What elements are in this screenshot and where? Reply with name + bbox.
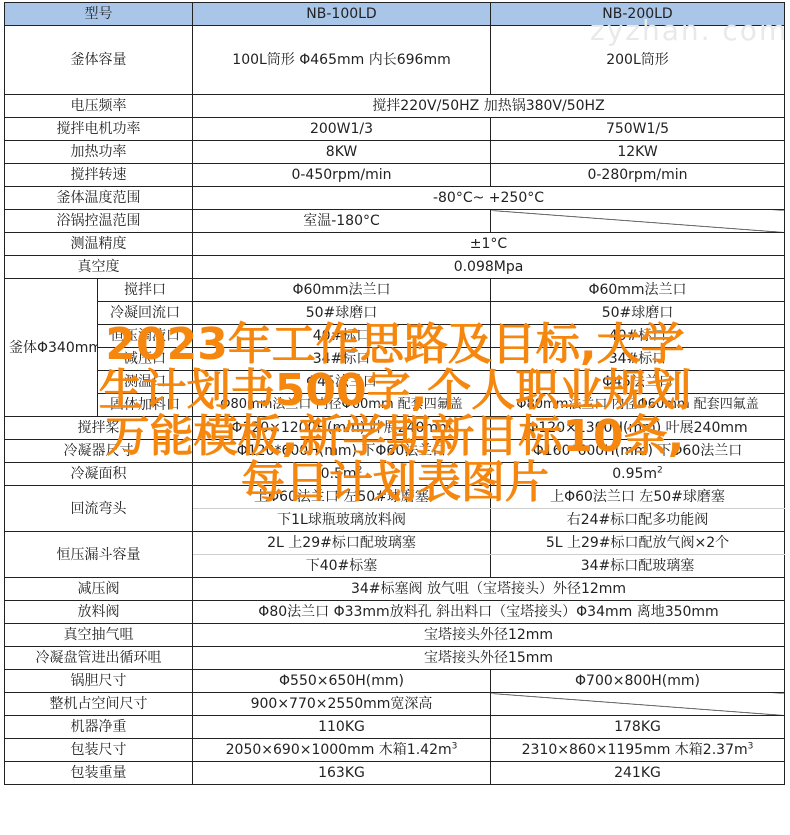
cell-value: Φ120×1300H(mm) 叶展240mm bbox=[491, 417, 785, 440]
row-label: 回流弯头 bbox=[5, 486, 193, 532]
spec-sheet: 型号 NB-100LD NB-200LD 釜体容量 100L筒形 Φ465mm … bbox=[4, 2, 784, 785]
table-row: 真空抽气咀 宝塔接头外径12mm bbox=[5, 624, 785, 647]
cell-value: 0.098Mpa bbox=[193, 256, 785, 279]
superscript: 3 bbox=[748, 741, 754, 751]
cell-value: 12KW bbox=[491, 141, 785, 164]
superscript: 2 bbox=[357, 465, 363, 475]
cell-value: 163KG bbox=[193, 762, 491, 785]
row-label: 釜体温度范围 bbox=[5, 187, 193, 210]
table-row: 机器净重 110KG 178KG bbox=[5, 716, 785, 739]
row-label: 搅拌转速 bbox=[5, 164, 193, 187]
cell-value: 宝塔接头外径12mm bbox=[193, 624, 785, 647]
cell-value: 200L筒形 bbox=[491, 26, 785, 95]
cell-value: 34#标口 bbox=[491, 348, 785, 371]
row-label: 固体加料口 bbox=[98, 394, 193, 417]
cell-value: 上Φ60法兰口 左50#球磨塞 bbox=[193, 486, 491, 509]
cell-value: 室温-180°C bbox=[193, 210, 491, 233]
row-label: 搅拌桨 bbox=[5, 417, 193, 440]
cell-value: 0-280rpm/min bbox=[491, 164, 785, 187]
cell-value: 200W1/3 bbox=[193, 118, 491, 141]
not-applicable-cell bbox=[491, 693, 785, 716]
row-label: 减压口 bbox=[98, 348, 193, 371]
table-row: 真空度 0.098Mpa bbox=[5, 256, 785, 279]
table-row: 搅拌桨 Φ120×1200H(mm) 叶展240mm Φ120×1300H(mm… bbox=[5, 417, 785, 440]
value-text: 2310×860×1195mm 木箱2.37m bbox=[522, 742, 748, 758]
cell-value: Φ700×800H(mm) bbox=[491, 670, 785, 693]
row-label: 恒压滴液口 bbox=[98, 325, 193, 348]
cell-value: 5L 上29#标口配放气阀×2个 bbox=[491, 532, 785, 555]
table-row: 浴锅控温范围 室温-180°C bbox=[5, 210, 785, 233]
row-label: 浴锅控温范围 bbox=[5, 210, 193, 233]
cell-value: 100L筒形 Φ465mm 内长696mm bbox=[193, 26, 491, 95]
cell-value: Φ80mm法兰口 内径Φ60mm 配套四氟盖 bbox=[491, 394, 785, 417]
spec-table: 型号 NB-100LD NB-200LD 釜体容量 100L筒形 Φ465mm … bbox=[4, 2, 785, 785]
table-row: 冷凝面积 0.5m2 0.95m2 bbox=[5, 463, 785, 486]
table-row: 固体加料口 Φ80mm法兰口 内径Φ60mm 配套四氟盖 Φ80mm法兰口 内径… bbox=[5, 394, 785, 417]
row-label: 冷凝盘管进出循环咀 bbox=[5, 647, 193, 670]
row-label: 锅胆尺寸 bbox=[5, 670, 193, 693]
table-row: 恒压漏斗容量 2L 上29#标口配玻璃塞 5L 上29#标口配放气阀×2个 bbox=[5, 532, 785, 555]
cell-value: Φ160*600H(mm) 下Φ60法兰口 bbox=[491, 440, 785, 463]
table-row: 测温口 Φ45法兰口 Φ45法兰口 bbox=[5, 371, 785, 394]
cell-value: 2310×860×1195mm 木箱2.37m3 bbox=[491, 739, 785, 762]
cell-value: 178KG bbox=[491, 716, 785, 739]
row-label: 冷凝器尺寸 bbox=[5, 440, 193, 463]
row-label: 冷凝回流口 bbox=[98, 302, 193, 325]
row-label: 搅拌口 bbox=[98, 279, 193, 302]
table-row: 回流弯头 上Φ60法兰口 左50#球磨塞 上Φ60法兰口 左50#球磨塞 bbox=[5, 486, 785, 509]
cell-value: 50#球磨口 bbox=[193, 302, 491, 325]
cell-value: 40#标口 bbox=[491, 325, 785, 348]
row-label: 釜体容量 bbox=[5, 26, 193, 95]
value-text: 2050×690×1000mm 木箱1.42m bbox=[226, 742, 452, 758]
cell-value: 34#标口 bbox=[193, 348, 491, 371]
table-row: 冷凝回流口 50#球磨口 50#球磨口 bbox=[5, 302, 785, 325]
cell-value: 右24#标口配多功能阀 bbox=[491, 509, 785, 532]
cell-value: Φ80法兰口 Φ33mm放料孔 斜出料口（宝塔接头）Φ34mm 离地350mm bbox=[193, 601, 785, 624]
row-label: 测温口 bbox=[98, 371, 193, 394]
table-row: 电压频率 搅拌220V/50HZ 加热锅380V/50HZ bbox=[5, 95, 785, 118]
cell-value: 241KG bbox=[491, 762, 785, 785]
superscript: 2 bbox=[657, 465, 663, 475]
cell-value: 宝塔接头外径15mm bbox=[193, 647, 785, 670]
table-row: 包装尺寸 2050×690×1000mm 木箱1.42m3 2310×860×1… bbox=[5, 739, 785, 762]
ports-group-label: 釜体Φ340mm六口 bbox=[5, 279, 98, 417]
cell-value: 0.5m2 bbox=[193, 463, 491, 486]
cell-value: 750W1/5 bbox=[491, 118, 785, 141]
row-label: 真空度 bbox=[5, 256, 193, 279]
cell-value: 下1L球瓶玻璃放料阀 bbox=[193, 509, 491, 532]
cell-value: 搅拌220V/50HZ 加热锅380V/50HZ bbox=[193, 95, 785, 118]
table-row: 恒压滴液口 40#标口 40#标口 bbox=[5, 325, 785, 348]
table-row: 减压口 34#标口 34#标口 bbox=[5, 348, 785, 371]
table-row: 包装重量 163KG 241KG bbox=[5, 762, 785, 785]
table-row: 冷凝器尺寸 Φ120*600H(mm) 下Φ60法兰口 Φ160*600H(mm… bbox=[5, 440, 785, 463]
row-label: 电压频率 bbox=[5, 95, 193, 118]
cell-value: 8KW bbox=[193, 141, 491, 164]
table-row: 冷凝盘管进出循环咀 宝塔接头外径15mm bbox=[5, 647, 785, 670]
row-label: 搅拌电机功率 bbox=[5, 118, 193, 141]
row-label: 机器净重 bbox=[5, 716, 193, 739]
row-label: 减压阀 bbox=[5, 578, 193, 601]
table-row: 釜体温度范围 -80°C~ +250°C bbox=[5, 187, 785, 210]
cell-value: 900×770×2550mm宽深高 bbox=[193, 693, 491, 716]
cell-value: 0-450rpm/min bbox=[193, 164, 491, 187]
cell-value: Φ120*600H(mm) 下Φ60法兰口 bbox=[193, 440, 491, 463]
row-label: 冷凝面积 bbox=[5, 463, 193, 486]
table-row: 搅拌电机功率 200W1/3 750W1/5 bbox=[5, 118, 785, 141]
cell-value: Φ80mm法兰口 内径Φ60mm 配套四氟盖 bbox=[193, 394, 491, 417]
row-label: 包装尺寸 bbox=[5, 739, 193, 762]
row-label: 加热功率 bbox=[5, 141, 193, 164]
not-applicable-cell bbox=[491, 210, 785, 233]
cell-value: Φ120×1200H(mm) 叶展240mm bbox=[193, 417, 491, 440]
value-text: 0.95m bbox=[612, 466, 657, 482]
row-label: 整机占空间尺寸 bbox=[5, 693, 193, 716]
table-row: 放料阀 Φ80法兰口 Φ33mm放料孔 斜出料口（宝塔接头）Φ34mm 离地35… bbox=[5, 601, 785, 624]
row-label: 测温精度 bbox=[5, 233, 193, 256]
table-row: 釜体Φ340mm六口 搅拌口 Φ60mm法兰口 Φ60mm法兰口 bbox=[5, 279, 785, 302]
cell-value: 上Φ60法兰口 左50#球磨塞 bbox=[491, 486, 785, 509]
table-row: 整机占空间尺寸 900×770×2550mm宽深高 bbox=[5, 693, 785, 716]
header-label: 型号 bbox=[5, 3, 193, 26]
table-row: 测温精度 ±1°C bbox=[5, 233, 785, 256]
table-header-row: 型号 NB-100LD NB-200LD bbox=[5, 3, 785, 26]
cell-value: 2050×690×1000mm 木箱1.42m3 bbox=[193, 739, 491, 762]
cell-value: 34#标口配玻璃塞 bbox=[491, 555, 785, 578]
cell-value: -80°C~ +250°C bbox=[193, 187, 785, 210]
header-model-1: NB-100LD bbox=[193, 3, 491, 26]
cell-value: Φ60mm法兰口 bbox=[491, 279, 785, 302]
table-row: 搅拌转速 0-450rpm/min 0-280rpm/min bbox=[5, 164, 785, 187]
cell-value: ±1°C bbox=[193, 233, 785, 256]
cell-value: Φ45法兰口 bbox=[491, 371, 785, 394]
cell-value: Φ550×650H(mm) bbox=[193, 670, 491, 693]
table-row: 釜体容量 100L筒形 Φ465mm 内长696mm 200L筒形 bbox=[5, 26, 785, 95]
row-label: 放料阀 bbox=[5, 601, 193, 624]
cell-value: 40#标口 bbox=[193, 325, 491, 348]
table-row: 锅胆尺寸 Φ550×650H(mm) Φ700×800H(mm) bbox=[5, 670, 785, 693]
row-label: 真空抽气咀 bbox=[5, 624, 193, 647]
cell-value: 50#球磨口 bbox=[491, 302, 785, 325]
superscript: 3 bbox=[452, 741, 458, 751]
table-row: 加热功率 8KW 12KW bbox=[5, 141, 785, 164]
cell-value: 下40#标塞 bbox=[193, 555, 491, 578]
cell-value: 2L 上29#标口配玻璃塞 bbox=[193, 532, 491, 555]
cell-value: 34#标塞阀 放气咀（宝塔接头）外径12mm bbox=[193, 578, 785, 601]
header-model-2: NB-200LD bbox=[491, 3, 785, 26]
cell-value: Φ45法兰口 bbox=[193, 371, 491, 394]
cell-value: 0.95m2 bbox=[491, 463, 785, 486]
cell-value: 110KG bbox=[193, 716, 491, 739]
cell-value: Φ60mm法兰口 bbox=[193, 279, 491, 302]
value-text: 0.5m bbox=[321, 466, 357, 482]
table-row: 减压阀 34#标塞阀 放气咀（宝塔接头）外径12mm bbox=[5, 578, 785, 601]
row-label: 恒压漏斗容量 bbox=[5, 532, 193, 578]
row-label: 包装重量 bbox=[5, 762, 193, 785]
